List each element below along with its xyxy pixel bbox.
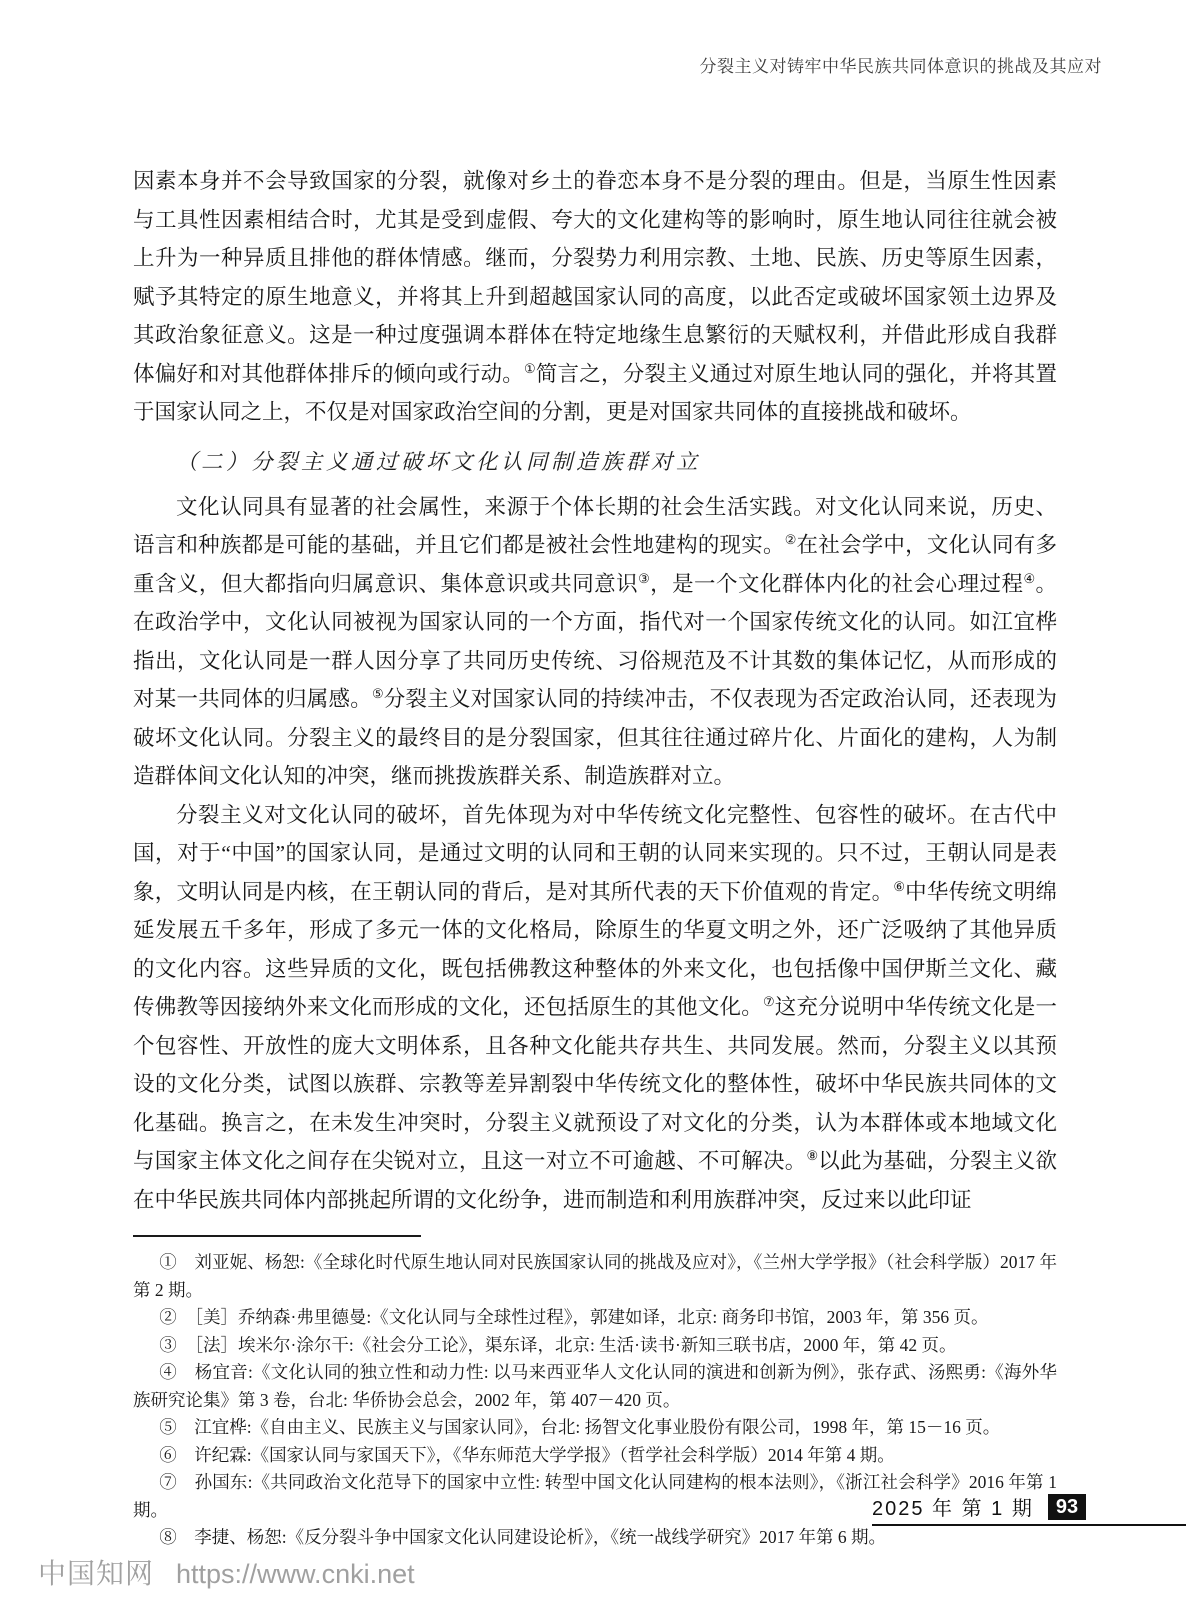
body-paragraph-3: 分裂主义对文化认同的破坏，首先体现为对中华传统文化完整性、包容性的破坏。在古代中…	[133, 796, 1057, 1220]
journal-page: 分裂主义对铸牢中华民族共同体意识的挑战及其应对 因素本身并不会导致国家的分裂，就…	[0, 0, 1190, 1615]
body-paragraph-1: 因素本身并不会导致国家的分裂，就像对乡土的眷恋本身不是分裂的理由。但是，当原生性…	[133, 162, 1057, 432]
page-number-badge: 93	[1048, 1494, 1086, 1520]
footnote-divider	[133, 1235, 421, 1237]
body-paragraph-2: 文化认同具有显著的社会属性，来源于个体长期的社会生活实践。对文化认同来说，历史、…	[133, 488, 1057, 796]
running-head-title: 分裂主义对铸牢中华民族共同体意识的挑战及其应对	[700, 52, 1103, 77]
footnote-6: ⑥ 许纪霖:《国家认同与家国天下》，《华东师范大学学报》（哲学社会科学版）201…	[133, 1442, 1057, 1470]
cnki-site-name: 中国知网	[38, 1552, 154, 1592]
footnote-5: ⑤ 江宜桦:《自由主义、民族主义与国家认同》，台北: 扬智文化事业股份有限公司，…	[133, 1414, 1057, 1442]
article-body: 因素本身并不会导致国家的分裂，就像对乡土的眷恋本身不是分裂的理由。但是，当原生性…	[133, 162, 1057, 1552]
cnki-watermark: 中国知网 https://www.cnki.net	[38, 1552, 415, 1592]
footnote-1: ① 刘亚妮、杨恕:《全球化时代原生地认同对民族国家认同的挑战及应对》，《兰州大学…	[133, 1249, 1057, 1304]
page-footer: 2025 年 第 1 期 93	[872, 1492, 1186, 1526]
footnote-8: ⑧ 李捷、杨恕:《反分裂斗争中国家文化认同建设论析》，《统一战线学研究》2017…	[133, 1524, 1057, 1552]
section-heading: （二）分裂主义通过破坏文化认同制造族群对立	[133, 443, 1057, 481]
footnote-4: ④ 杨宜音:《文化认同的独立性和动力性: 以马来西亚华人文化认同的演进和创新为例…	[133, 1359, 1057, 1414]
issue-label: 2025 年 第 1 期	[872, 1492, 1034, 1521]
cnki-site-url: https://www.cnki.net	[176, 1559, 415, 1590]
footnote-2: ② ［美］乔纳森·弗里德曼:《文化认同与全球性过程》，郭建如译，北京: 商务印书…	[133, 1304, 1057, 1332]
footnote-3: ③ ［法］埃米尔·涂尔干:《社会分工论》，渠东译，北京: 生活·读书·新知三联书…	[133, 1332, 1057, 1360]
